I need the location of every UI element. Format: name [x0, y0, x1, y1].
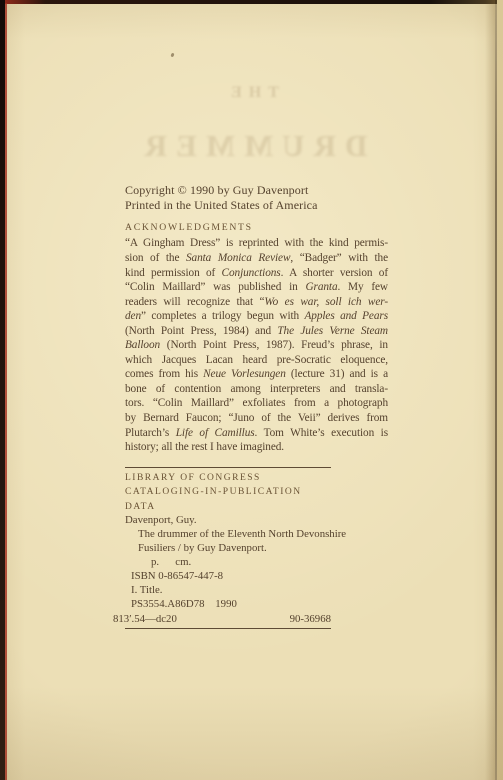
cip-lc-class-line: PS3554.A86D78 1990: [125, 598, 331, 612]
text-line: readers will recognize that “Wo es war, …: [125, 295, 388, 310]
text-line: comes from his Neue Vorlesungen (lecture…: [125, 367, 388, 382]
text-line: by Bernard Faucon; “Juno of the Veii” de…: [125, 411, 388, 426]
paper-speck: [170, 53, 174, 58]
cip-pagination-line: p. cm.: [125, 556, 331, 570]
acknowledgments-heading: ACKNOWLEDGMENTS: [125, 220, 391, 235]
printed-in-line: Printed in the United States of America: [125, 198, 391, 213]
text-line: bone of contention among interpreters an…: [125, 382, 388, 397]
cip-heading-line1: LIBRARY OF CONGRESS: [125, 471, 331, 486]
cip-author-line: Davenport, Guy.: [125, 514, 331, 528]
copyright-page: THE DRUMMER Copyright © 1990 by Guy Dave…: [0, 0, 503, 780]
text-line: (North Point Press, 1984) and The Jules …: [125, 324, 388, 339]
text-line: “A Gingham Dress” is reprinted with the …: [125, 236, 388, 251]
text-line: sion of the Santa Monica Review, “Badger…: [125, 251, 388, 266]
text-line: which Jacques Lacan heard pre-Socratic e…: [125, 353, 388, 368]
text-line: history; all the rest I have imagined.: [125, 440, 388, 455]
cip-title-line2: Fusiliers / by Guy Davenport.: [125, 542, 331, 556]
cover-left-red-trim: [5, 3, 7, 780]
dewey-lccn-row: 813′.54—dc20 90-36968: [113, 612, 331, 626]
rule-top: [125, 467, 331, 468]
cover-top-edge: [0, 0, 503, 4]
rule-bottom: [125, 628, 331, 629]
cip-block: LIBRARY OF CONGRESS CATALOGING-IN-PUBLIC…: [125, 467, 331, 629]
cip-title-line1: The drummer of the Eleventh North Devons…: [125, 528, 331, 542]
text-line: kind permission of Conjunctions. A short…: [125, 266, 388, 281]
show-through-title-line1: THE: [0, 84, 503, 102]
show-through-title-line2: DRUMMER: [0, 128, 503, 164]
text-line: Balloon (North Point Press, 1987). Freud…: [125, 338, 388, 353]
book-page-scan: THE DRUMMER Copyright © 1990 by Guy Dave…: [0, 0, 503, 780]
cip-isbn-line: ISBN 0-86547-447-8: [125, 570, 331, 584]
acknowledgments-paragraph: “A Gingham Dress” is reprinted with the …: [125, 236, 391, 454]
copyright-page-content: Copyright © 1990 by Guy Davenport Printe…: [125, 183, 391, 629]
text-line: “Colin Maillard” was published in Granta…: [125, 280, 388, 295]
cip-heading-line2: CATALOGING-IN-PUBLICATION DATA: [125, 485, 331, 514]
page-stack-edge: [497, 0, 503, 780]
lccn-number: 90-36968: [290, 612, 331, 626]
text-line: den” completes a trilogy begun with Appl…: [125, 309, 388, 324]
page-right-shadow: [485, 0, 495, 780]
dewey-number: 813′.54—dc20: [113, 612, 177, 626]
text-line: tors. “Colin Maillard” exfoliates from a…: [125, 396, 388, 411]
cip-title-entry-line: I. Title.: [125, 584, 331, 598]
copyright-line: Copyright © 1990 by Guy Davenport: [125, 183, 391, 198]
text-line: Plutarch’s Life of Camillus. Tom White’s…: [125, 426, 388, 441]
